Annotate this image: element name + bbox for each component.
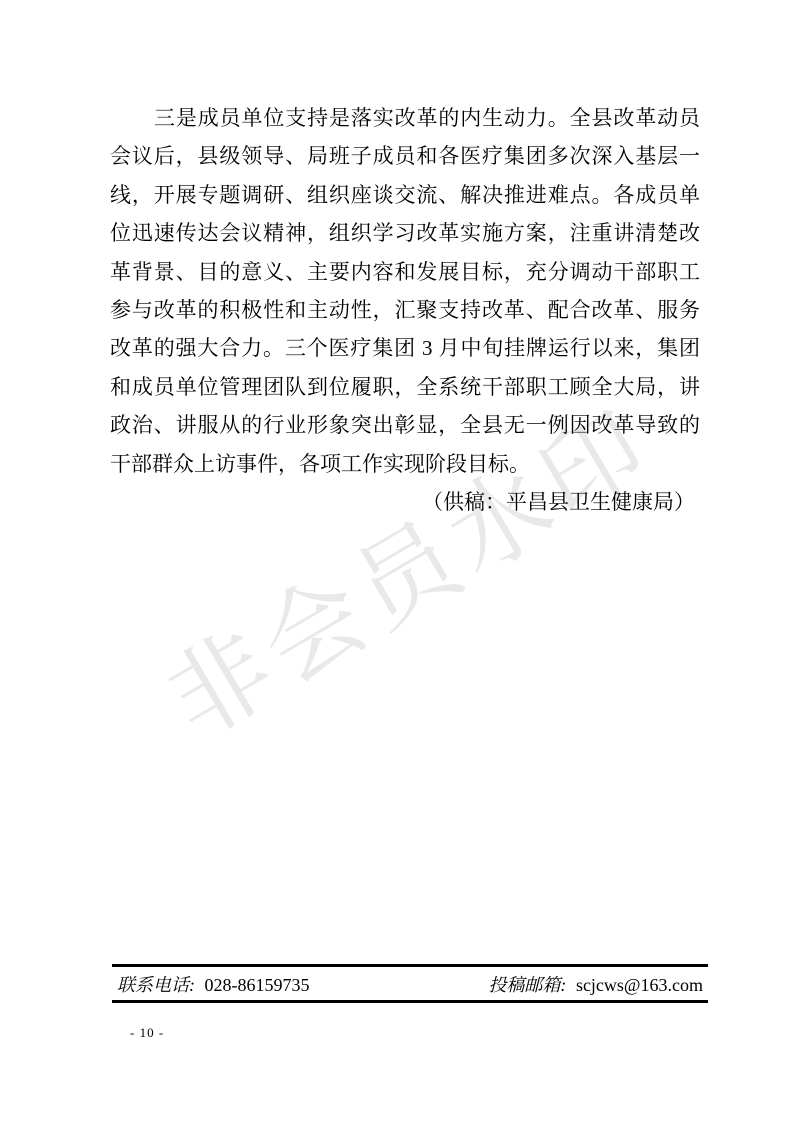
footer: 联系电话: 028-86159735 投稿邮箱: scjcws@163.com — [112, 967, 708, 1000]
contact-phone: 联系电话: 028-86159735 — [117, 971, 310, 997]
contact-phone-number: 028-86159735 — [205, 975, 310, 995]
paragraph-line: 三是成员单位支持是落实改革的内生动力。全县改革动员 — [110, 99, 700, 137]
paragraph-line: 线，开展专题调研、组织座谈交流、解决推进难点。各成员单 — [110, 176, 700, 214]
paragraph-line: 和成员单位管理团队到位履职，全系统干部职工顾全大局，讲 — [110, 368, 700, 406]
submission-email-label: 投稿邮箱: — [488, 975, 566, 995]
paragraph-line: 会议后，县级领导、局班子成员和各医疗集团多次深入基层一 — [110, 137, 700, 175]
page-number: - 10 - — [130, 1025, 164, 1041]
attribution-line: （供稿：平昌县卫生健康局） — [110, 483, 700, 521]
contact-phone-label: 联系电话: — [117, 975, 195, 995]
footer-bottom-rule — [112, 1000, 708, 1003]
submission-email: 投稿邮箱: scjcws@163.com — [488, 971, 703, 997]
paragraph-line: 革背景、目的意义、主要内容和发展目标，充分调动干部职工 — [110, 253, 700, 291]
paragraph-line: 参与改革的积极性和主动性，汇聚支持改革、配合改革、服务 — [110, 291, 700, 329]
paragraph-line: 位迅速传达会议精神，组织学习改革实施方案，注重讲清楚改 — [110, 214, 700, 252]
paragraph-line: 改革的强大合力。三个医疗集团 3 月中旬挂牌运行以来，集团 — [110, 329, 700, 367]
article-body: 三是成员单位支持是落实改革的内生动力。全县改革动员 会议后，县级领导、局班子成员… — [110, 99, 700, 521]
paragraph-line: 干部群众上访事件，各项工作实现阶段目标。 — [110, 445, 700, 483]
submission-email-address: scjcws@163.com — [576, 975, 703, 995]
paragraph-line: 政治、讲服从的行业形象突出彰显，全县无一例因改革导致的 — [110, 406, 700, 444]
document-page: 非会员水印 三是成员单位支持是落实改革的内生动力。全县改革动员 会议后，县级领导… — [0, 0, 793, 1122]
